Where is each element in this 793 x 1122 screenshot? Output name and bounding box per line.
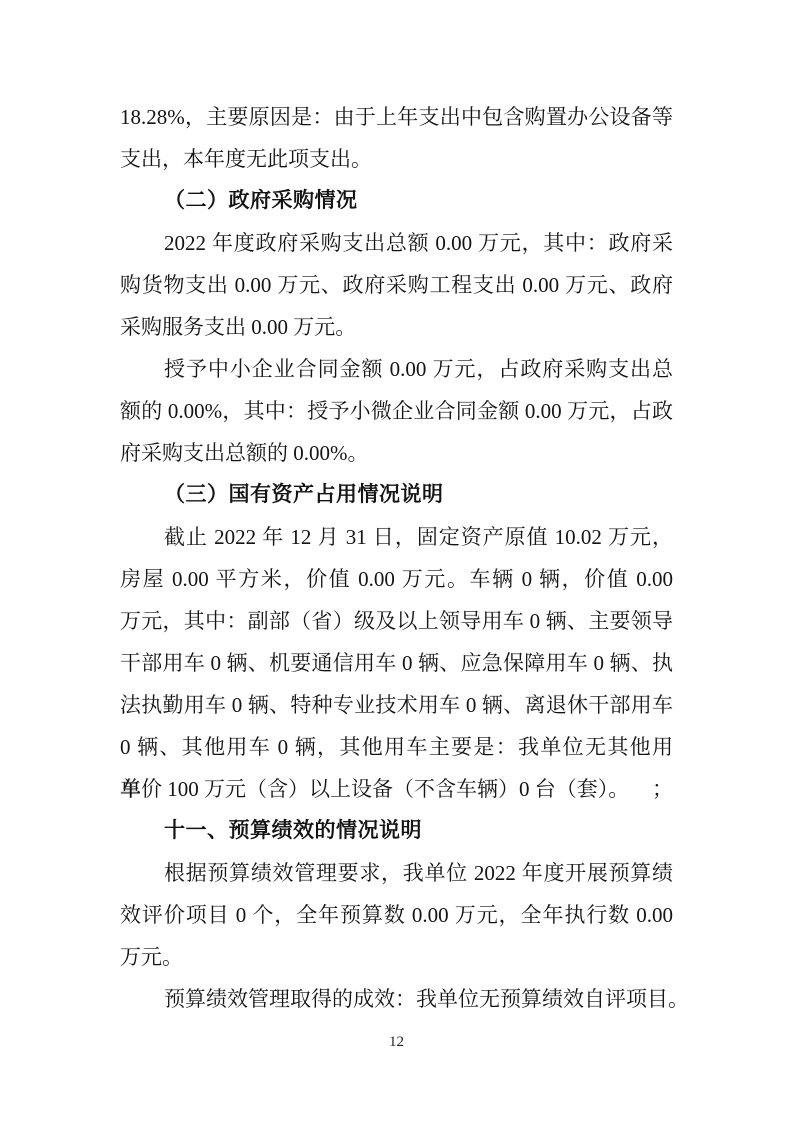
paragraph-line: 单价 100 万元（含）以上设备（不含车辆）0 台（套）。 bbox=[120, 768, 673, 810]
document-page: 18.28%，主要原因是：由于上年支出中包含购置办公设备等 支出，本年度无此项支… bbox=[0, 0, 793, 1122]
document-body: 18.28%，主要原因是：由于上年支出中包含购置办公设备等 支出，本年度无此项支… bbox=[120, 96, 673, 1020]
paragraph-line: 购货物支出 0.00 万元、政府采购工程支出 0.00 万元、政府 bbox=[120, 264, 673, 306]
paragraph-line: 府采购支出总额的 0.00%。 bbox=[120, 432, 673, 474]
paragraph-line: 额的 0.00%，其中：授予小微企业合同金额 0.00 万元，占政 bbox=[120, 390, 673, 432]
paragraph-line: 法执勤用车 0 辆、特种专业技术用车 0 辆、离退休干部用车 bbox=[120, 684, 673, 726]
section-heading-procurement: （二）政府采购情况 bbox=[120, 180, 673, 222]
paragraph-line: 预算绩效管理取得的成效：我单位无预算绩效自评项目。 bbox=[120, 978, 673, 1020]
paragraph-line: 2022 年度政府采购支出总额 0.00 万元，其中：政府采 bbox=[120, 222, 673, 264]
paragraph-line: 截止 2022 年 12 月 31 日，固定资产原值 10.02 万元， bbox=[120, 516, 673, 558]
paragraph-line: 根据预算绩效管理要求，我单位 2022 年度开展预算绩 bbox=[120, 852, 673, 894]
section-heading-budget-performance: 十一、预算绩效的情况说明 bbox=[120, 810, 673, 852]
paragraph-line: 万元。 bbox=[120, 936, 673, 978]
paragraph-line: 万元，其中：副部（省）级及以上领导用车 0 辆、主要领导 bbox=[120, 600, 673, 642]
page-number: 12 bbox=[0, 1032, 793, 1052]
paragraph-line: 支出，本年度无此项支出。 bbox=[120, 138, 673, 180]
paragraph-line: 授予中小企业合同金额 0.00 万元，占政府采购支出总 bbox=[120, 348, 673, 390]
paragraph-line: 房屋 0.00 平方米，价值 0.00 万元。车辆 0 辆，价值 0.00 bbox=[120, 558, 673, 600]
paragraph-line: 0 辆、其他用车 0 辆，其他用车主要是：我单位无其他用车； bbox=[120, 726, 673, 768]
paragraph-line: 效评价项目 0 个，全年预算数 0.00 万元，全年执行数 0.00 bbox=[120, 894, 673, 936]
paragraph-line: 干部用车 0 辆、机要通信用车 0 辆、应急保障用车 0 辆、执 bbox=[120, 642, 673, 684]
paragraph-line: 18.28%，主要原因是：由于上年支出中包含购置办公设备等 bbox=[120, 96, 673, 138]
section-heading-state-assets: （三）国有资产占用情况说明 bbox=[120, 474, 673, 516]
paragraph-line: 采购服务支出 0.00 万元。 bbox=[120, 306, 673, 348]
